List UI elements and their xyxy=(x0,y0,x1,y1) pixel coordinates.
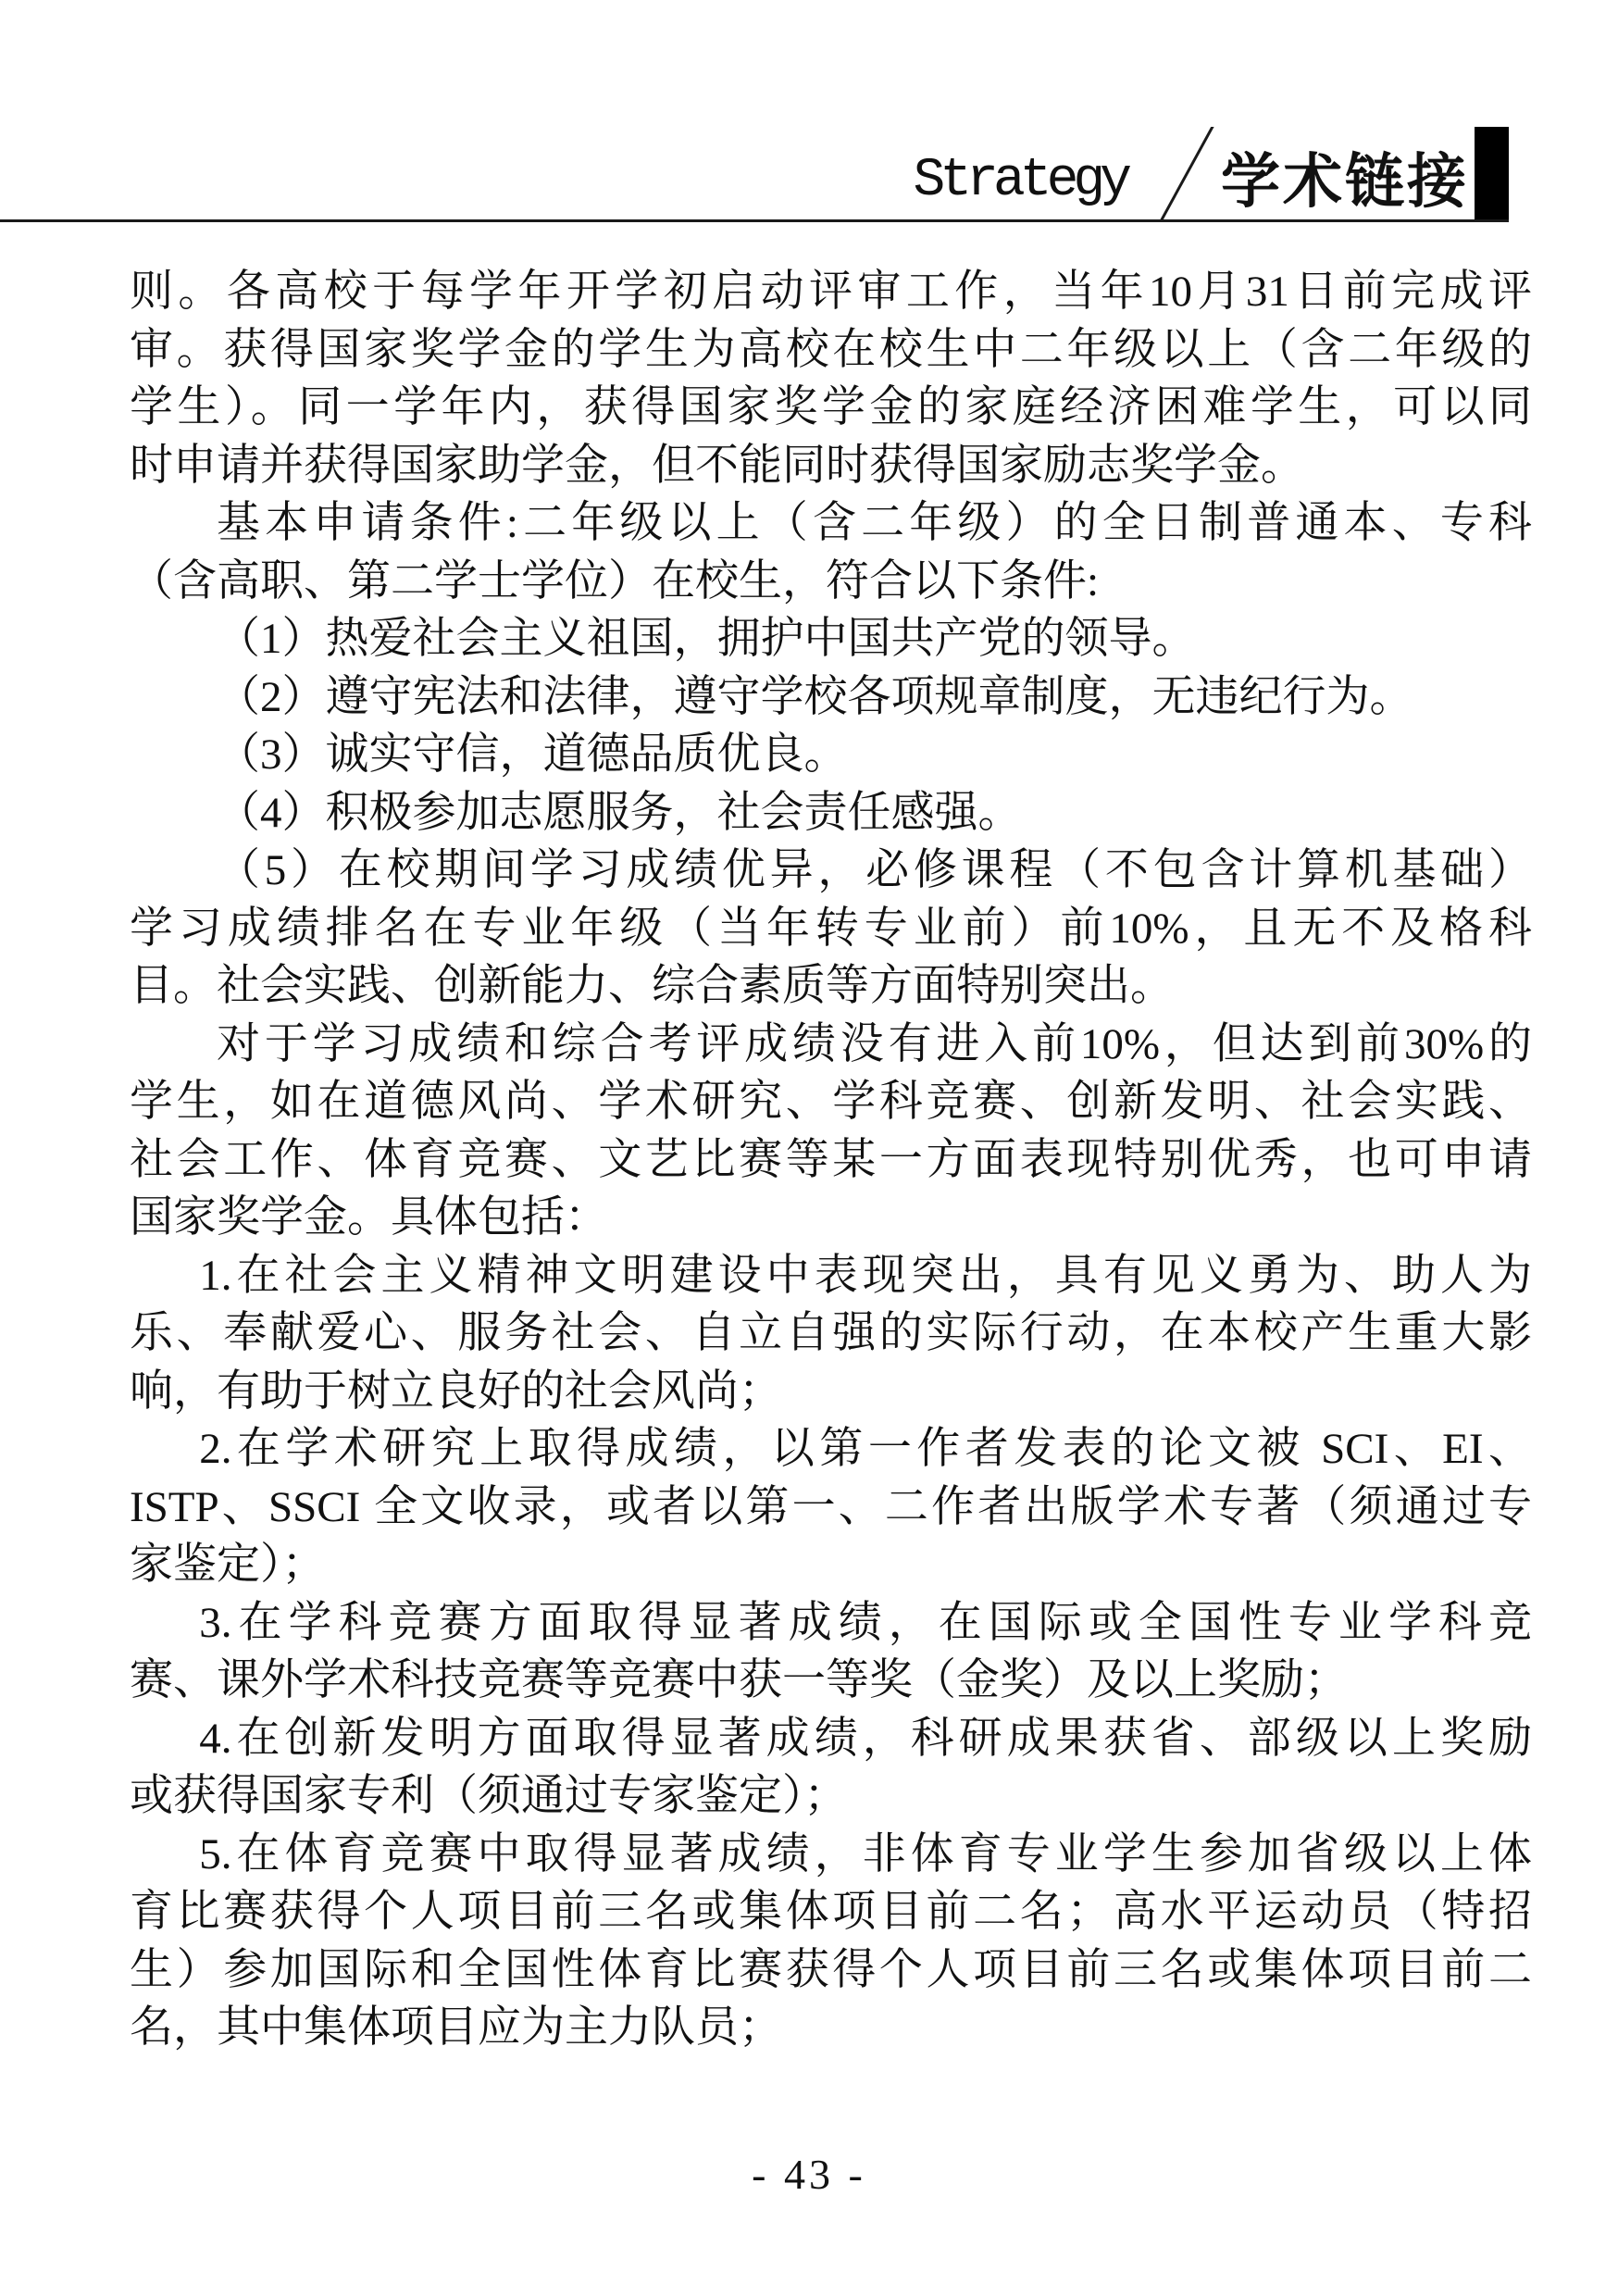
text-line: 1.在社会主义精神文明建设中表现突出，具有见义勇为、助人为 xyxy=(130,1247,1532,1305)
text-line: （2）遵守宪法和法律，遵守学校各项规章制度，无违纪行为。 xyxy=(130,668,1532,727)
text-line: 时申请并获得国家助学金，但不能同时获得国家励志奖学金。 xyxy=(130,437,1532,495)
text-line: 审。获得国家奖学金的学生为高校在校生中二年级以上（含二年级的 xyxy=(130,321,1532,380)
document-page: Strategy 学术链接 则。各高校于每学年开学初启动评审工作，当年10月31… xyxy=(0,0,1618,2296)
text-line: 生）参加国际和全国性体育比赛获得个人项目前三名或集体项目前二 xyxy=(130,1941,1532,2000)
text-line: 学生，如在道德风尚、学术研究、学科竞赛、创新发明、社会实践、 xyxy=(130,1073,1532,1131)
page-number: - 43 - xyxy=(0,2150,1618,2199)
text-line: 3.在学科竞赛方面取得显著成绩，在国际或全国性专业学科竞 xyxy=(130,1594,1532,1653)
text-line: 4.在创新发明方面取得显著成绩，科研成果获省、部级以上奖励 xyxy=(130,1710,1532,1768)
text-line: （5）在校期间学习成绩优异，必修课程（不包含计算机基础） xyxy=(130,842,1532,900)
text-line: 2.在学术研究上取得成绩，以第一作者发表的论文被 SCI、EI、 xyxy=(130,1420,1532,1479)
header-corner-block xyxy=(1475,127,1509,219)
text-line: （3）诚实守信，道德品质优良。 xyxy=(130,726,1532,784)
text-line: 育比赛获得个人项目前三名或集体项目前二名；高水平运动员（特招 xyxy=(130,1883,1532,1941)
text-line: （1）热爱社会主义祖国，拥护中国共产党的领导。 xyxy=(130,610,1532,668)
text-line: 学习成绩排名在专业年级（当年转专业前）前10%，且无不及格科 xyxy=(130,900,1532,958)
text-line: 国家奖学金。具体包括： xyxy=(130,1189,1532,1247)
text-line: 家鉴定）； xyxy=(130,1536,1532,1594)
body-text: 则。各高校于每学年开学初启动评审工作，当年10月31日前完成评 审。获得国家奖学… xyxy=(130,263,1532,2057)
page-header: Strategy 学术链接 xyxy=(0,127,1509,219)
text-line: 目。社会实践、创新能力、综合素质等方面特别突出。 xyxy=(130,957,1532,1016)
text-line: （含高职、第二学士学位）在校生，符合以下条件: xyxy=(130,553,1532,611)
header-title-en: Strategy xyxy=(914,155,1143,219)
text-line: 学生）。同一学年内，获得国家奖学金的家庭经济困难学生，可以同 xyxy=(130,379,1532,437)
text-line: 基本申请条件:二年级以上（含二年级）的全日制普通本、专科 xyxy=(130,494,1532,553)
text-line: 则。各高校于每学年开学初启动评审工作，当年10月31日前完成评 xyxy=(130,263,1532,321)
header-title-zh: 学术链接 xyxy=(1221,153,1475,219)
header-divider-line xyxy=(0,219,1509,222)
text-line: （4）积极参加志愿服务，社会责任感强。 xyxy=(130,784,1532,842)
text-line: 5.在体育竞赛中取得显著成绩，非体育专业学生参加省级以上体 xyxy=(130,1826,1532,1884)
text-line: 社会工作、体育竞赛、文艺比赛等某一方面表现特别优秀，也可申请 xyxy=(130,1131,1532,1190)
text-line: 乐、奉献爱心、服务社会、自立自强的实际行动，在本校产生重大影 xyxy=(130,1304,1532,1363)
text-line: 响，有助于树立良好的社会风尚； xyxy=(130,1363,1532,1421)
text-line: 赛、课外学术科技竞赛等竞赛中获一等奖（金奖）及以上奖励； xyxy=(130,1652,1532,1710)
text-line: 或获得国家专利（须通过专家鉴定）； xyxy=(130,1767,1532,1826)
text-line: 对于学习成绩和综合考评成绩没有进入前10%，但达到前30%的 xyxy=(130,1016,1532,1074)
header-slash-icon xyxy=(1143,127,1221,219)
text-line: ISTP、SSCI 全文收录，或者以第一、二作者出版学术专著（须通过专 xyxy=(130,1479,1532,1537)
text-line: 名，其中集体项目应为主力队员； xyxy=(130,1999,1532,2057)
